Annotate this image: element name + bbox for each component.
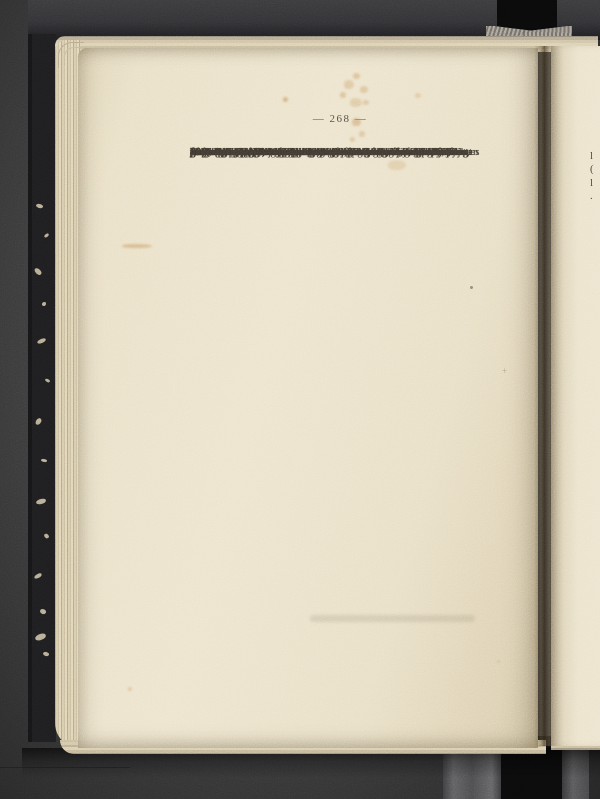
foxing-stain xyxy=(122,244,152,248)
show-through-ghost-text xyxy=(310,615,475,622)
facing-page-text-fragment: . xyxy=(590,190,600,203)
margin-pencil-mark: + xyxy=(502,366,507,376)
marble-vein xyxy=(42,651,49,657)
left-page: — 268 — buitensporige (?) som bij de Reg… xyxy=(78,48,538,748)
foxing-stain xyxy=(128,687,132,691)
scan-surface-seam xyxy=(0,767,130,768)
marble-vein xyxy=(34,633,46,642)
marble-vein xyxy=(44,533,50,539)
foxing-stain xyxy=(350,98,362,107)
foxing-stain xyxy=(340,92,346,98)
page-edges-left xyxy=(55,40,80,748)
book-scan: — 268 — buitensporige (?) som bij de Reg… xyxy=(0,0,600,799)
facing-page-sliver: l(l. xyxy=(551,46,600,746)
foxing-stain xyxy=(415,93,421,98)
marble-vein xyxy=(42,302,46,306)
foxing-stain xyxy=(344,80,354,89)
page-number: — 268 — xyxy=(190,113,490,125)
marble-vein xyxy=(45,378,51,383)
facing-page-text-fragment: ( xyxy=(590,163,600,176)
foxing-stain xyxy=(350,137,355,142)
foxing-stain xyxy=(497,660,500,663)
marble-vein xyxy=(44,233,50,238)
marble-vein xyxy=(34,572,43,579)
ink-speck xyxy=(470,286,473,289)
foxing-stain xyxy=(352,118,361,126)
marble-vein xyxy=(41,458,48,462)
foxing-stain xyxy=(360,86,368,93)
marble-vein xyxy=(34,417,42,425)
foxing-stain xyxy=(353,73,360,79)
marble-vein xyxy=(37,338,47,345)
page-corner-arc xyxy=(64,47,82,65)
foxing-stain xyxy=(359,131,365,137)
marble-vein xyxy=(34,267,43,276)
foxing-stain xyxy=(283,97,288,102)
marbled-cover-edge xyxy=(28,34,56,742)
foxing-stain xyxy=(363,100,369,105)
facing-page-text-fragment: l xyxy=(590,150,600,163)
marble-vein xyxy=(36,498,47,505)
marble-vein xyxy=(36,203,44,209)
facing-page-text-fragment: l xyxy=(590,177,600,190)
marble-vein xyxy=(39,608,47,616)
foxing-stain xyxy=(388,160,406,170)
